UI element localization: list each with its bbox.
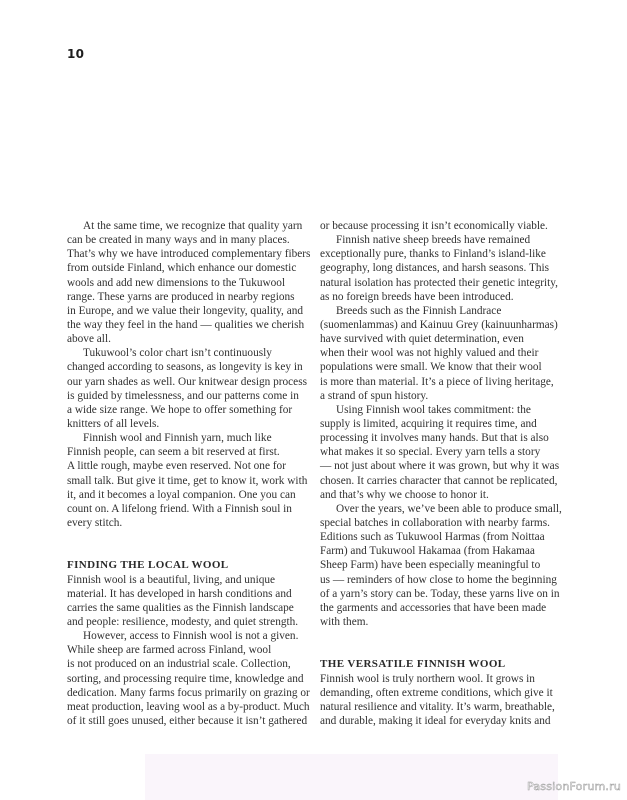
intro-body: At the same time, we recognize that qual… (67, 219, 312, 530)
text-line: geography, long distances, and harsh sea… (320, 261, 565, 275)
text-line: the way they feel in the hand — qualitie… (67, 318, 312, 332)
text-line: our yarn shades as well. Our knitwear de… (67, 375, 312, 389)
text-line: in Europe, and we value their longevity,… (67, 304, 312, 318)
text-line: changed according to seasons, as longevi… (67, 360, 312, 374)
text-line: (suomenlammas) and Kainuu Grey (kainuunh… (320, 318, 565, 332)
text-line: A little rough, maybe even reserved. Not… (67, 459, 312, 473)
text-line: what makes it so special. Every yarn tel… (320, 445, 565, 459)
text-line: a strand of spun history. (320, 389, 565, 403)
watermark: PassionForum.ru (527, 780, 621, 793)
text-line: a wide size range. We hope to offer some… (67, 403, 312, 417)
text-line: have survived with quiet determination, … (320, 332, 565, 346)
text-line: of it still goes unused, either because … (67, 714, 312, 728)
text-line: natural resilience and vitality. It’s wa… (320, 700, 565, 714)
text-line: Finnish wool is a beautiful, living, and… (67, 573, 312, 587)
text-line: Editions such as Tukuwool Harmas (from N… (320, 530, 565, 544)
text-line: and that’s why we choose to honor it. (320, 488, 565, 502)
text-line: Sheep Farm) have been especially meaning… (320, 558, 565, 572)
text-line: At the same time, we recognize that qual… (67, 219, 312, 233)
text-line: Finnish native sheep breeds have remaine… (320, 233, 565, 247)
text-line: every stitch. (67, 516, 312, 530)
continued-body: or because processing it isn’t economica… (320, 219, 565, 629)
section-body-versatile-finnish-wool: Finnish wool is truly northern wool. It … (320, 672, 565, 729)
text-line: and people: resilience, modesty, and qui… (67, 615, 312, 629)
text-line: carries the same qualities as the Finnis… (67, 601, 312, 615)
text-line: exceptionally pure, thanks to Finland’s … (320, 247, 565, 261)
text-line: of a yarn’s story can be. Today, these y… (320, 587, 565, 601)
section-heading-finding-local-wool: FINDING THE LOCAL WOOL (67, 558, 312, 572)
text-line: wools and add new dimensions to the Tuku… (67, 276, 312, 290)
text-line: However, access to Finnish wool is not a… (67, 629, 312, 643)
left-text-column: At the same time, we recognize that qual… (67, 219, 312, 728)
text-line: Finnish people, can seem a bit reserved … (67, 445, 312, 459)
text-line: dedication. Many farms focus primarily o… (67, 686, 312, 700)
text-line: material. It has developed in harsh cond… (67, 587, 312, 601)
text-line: Breeds such as the Finnish Landrace (320, 304, 565, 318)
text-line: processing it involves many hands. But t… (320, 431, 565, 445)
text-line: Finnish wool is truly northern wool. It … (320, 672, 565, 686)
text-line: it, and it becomes a loyal companion. On… (67, 488, 312, 502)
text-line: Farm) and Tukuwool Hakamaa (from Hakamaa (320, 544, 565, 558)
text-line: Over the years, we’ve been able to produ… (320, 502, 565, 516)
text-line: supply is limited, acquiring it requires… (320, 417, 565, 431)
text-line: sorting, and processing require time, kn… (67, 672, 312, 686)
text-line: Tukuwool’s color chart isn’t continuousl… (67, 346, 312, 360)
text-line: with them. (320, 615, 565, 629)
page-number: 10 (67, 47, 84, 61)
text-line: chosen. It carries character that cannot… (320, 474, 565, 488)
text-line: natural isolation has protected their ge… (320, 276, 565, 290)
section-spacer (320, 629, 565, 657)
text-line: knitters of all levels. (67, 417, 312, 431)
text-line: That’s why we have introduced complement… (67, 247, 312, 261)
text-line: above all. (67, 332, 312, 346)
text-line: populations were small. We know that the… (320, 360, 565, 374)
text-line: meat production, leaving wool as a by-pr… (67, 700, 312, 714)
section-heading-versatile-finnish-wool: THE VERSATILE FINNISH WOOL (320, 657, 565, 671)
text-line: is not produced on an industrial scale. … (67, 657, 312, 671)
section-body-finding-local-wool: Finnish wool is a beautiful, living, and… (67, 573, 312, 729)
text-line: demanding, often extreme conditions, whi… (320, 686, 565, 700)
text-line: as no foreign breeds have been introduce… (320, 290, 565, 304)
text-line: and durable, making it ideal for everyda… (320, 714, 565, 728)
text-line: the garments and accessories that have b… (320, 601, 565, 615)
text-line: is guided by timelessness, and our patte… (67, 389, 312, 403)
text-line: While sheep are farmed across Finland, w… (67, 643, 312, 657)
text-line: is more than material. It’s a piece of l… (320, 375, 565, 389)
text-line: when their wool was not highly valued an… (320, 346, 565, 360)
text-line: count on. A lifelong friend. With a Finn… (67, 502, 312, 516)
right-text-column: or because processing it isn’t economica… (320, 219, 565, 728)
text-line: special batches in collaboration with ne… (320, 516, 565, 530)
text-line: from outside Finland, which enhance our … (67, 261, 312, 275)
text-line: can be created in many ways and in many … (67, 233, 312, 247)
text-line: — not just about where it was grown, but… (320, 459, 565, 473)
text-line: Using Finnish wool takes commitment: the (320, 403, 565, 417)
text-line: small talk. But give it time, get to kno… (67, 474, 312, 488)
section-spacer (67, 530, 312, 558)
text-line: range. These yarns are produced in nearb… (67, 290, 312, 304)
text-line: or because processing it isn’t economica… (320, 219, 565, 233)
decorative-color-band (145, 754, 558, 800)
text-line: Finnish wool and Finnish yarn, much like (67, 431, 312, 445)
text-line: us — reminders of how close to home the … (320, 573, 565, 587)
